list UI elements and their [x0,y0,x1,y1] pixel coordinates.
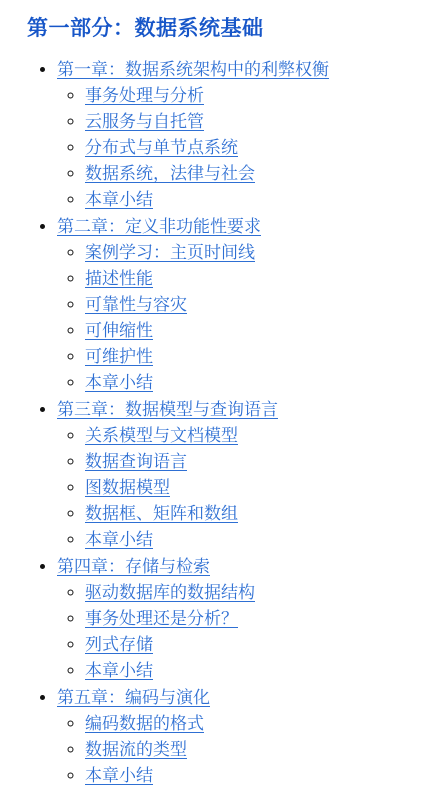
section-item: 案例学习：主页时间线 [85,240,426,266]
section-link[interactable]: 可维护性 [85,347,153,366]
section-link[interactable]: 编码数据的格式 [85,714,204,733]
section-item: 可靠性与容灾 [85,292,426,318]
section-item: 可维护性 [85,344,426,370]
chapter-item: 第五章：编码与演化 编码数据的格式 数据流的类型 本章小结 [57,685,426,789]
section-link[interactable]: 事务处理还是分析？ [85,609,238,628]
section-item: 图数据模型 [85,475,426,501]
chapter-list: 第一章：数据系统架构中的利弊权衡 事务处理与分析 云服务与自托管 分布式与单节点… [27,57,426,789]
section-list: 驱动数据库的数据结构 事务处理还是分析？ 列式存储 本章小结 [57,580,426,684]
section-link[interactable]: 列式存储 [85,635,153,654]
section-item: 数据框、矩阵和数组 [85,501,426,527]
section-item: 可伸缩性 [85,318,426,344]
section-link[interactable]: 数据系统，法律与社会 [85,164,255,183]
section-link[interactable]: 本章小结 [85,190,153,209]
section-link[interactable]: 数据流的类型 [85,740,187,759]
section-list: 关系模型与文档模型 数据查询语言 图数据模型 数据框、矩阵和数组 本章小结 [57,423,426,553]
section-item: 驱动数据库的数据结构 [85,580,426,606]
section-item: 本章小结 [85,370,426,396]
part-title: 第一部分：数据系统基础 [27,17,426,41]
section-item: 编码数据的格式 [85,711,426,737]
section-link[interactable]: 本章小结 [85,530,153,549]
section-item: 关系模型与文档模型 [85,423,426,449]
section-item: 分布式与单节点系统 [85,135,426,161]
section-link[interactable]: 云服务与自托管 [85,112,204,131]
chapter-item: 第四章：存储与检索 驱动数据库的数据结构 事务处理还是分析？ 列式存储 本章小结 [57,554,426,684]
section-link[interactable]: 可伸缩性 [85,321,153,340]
chapter-item: 第三章：数据模型与查询语言 关系模型与文档模型 数据查询语言 图数据模型 数据框… [57,397,426,553]
section-link[interactable]: 数据框、矩阵和数组 [85,504,238,523]
chapter-link[interactable]: 第三章：数据模型与查询语言 [57,400,278,419]
chapter-link[interactable]: 第二章：定义非功能性要求 [57,217,261,236]
chapter-item: 第二章：定义非功能性要求 案例学习：主页时间线 描述性能 可靠性与容灾 可伸缩性… [57,214,426,396]
section-item: 本章小结 [85,658,426,684]
section-item: 云服务与自托管 [85,109,426,135]
section-link[interactable]: 事务处理与分析 [85,86,204,105]
section-link[interactable]: 本章小结 [85,373,153,392]
section-link[interactable]: 数据查询语言 [85,452,187,471]
toc-page: 第一部分：数据系统基础 第一章：数据系统架构中的利弊权衡 事务处理与分析 云服务… [0,0,436,802]
section-link[interactable]: 本章小结 [85,766,153,785]
section-list: 编码数据的格式 数据流的类型 本章小结 [57,711,426,789]
chapter-link[interactable]: 第四章：存储与检索 [57,557,210,576]
section-link[interactable]: 本章小结 [85,661,153,680]
section-item: 事务处理还是分析？ [85,606,426,632]
section-item: 列式存储 [85,632,426,658]
section-item: 数据流的类型 [85,737,426,763]
section-item: 本章小结 [85,763,426,789]
section-item: 描述性能 [85,266,426,292]
section-item: 数据查询语言 [85,449,426,475]
section-link[interactable]: 可靠性与容灾 [85,295,187,314]
section-link[interactable]: 描述性能 [85,269,153,288]
section-list: 事务处理与分析 云服务与自托管 分布式与单节点系统 数据系统，法律与社会 本章小… [57,83,426,213]
section-link[interactable]: 分布式与单节点系统 [85,138,238,157]
section-link[interactable]: 图数据模型 [85,478,170,497]
chapter-item: 第一章：数据系统架构中的利弊权衡 事务处理与分析 云服务与自托管 分布式与单节点… [57,57,426,213]
section-item: 数据系统，法律与社会 [85,161,426,187]
section-link[interactable]: 驱动数据库的数据结构 [85,583,255,602]
section-list: 案例学习：主页时间线 描述性能 可靠性与容灾 可伸缩性 可维护性 本章小结 [57,240,426,396]
section-item: 本章小结 [85,527,426,553]
section-item: 事务处理与分析 [85,83,426,109]
chapter-link[interactable]: 第一章：数据系统架构中的利弊权衡 [57,60,329,79]
section-link[interactable]: 案例学习：主页时间线 [85,243,255,262]
section-link[interactable]: 关系模型与文档模型 [85,426,238,445]
section-item: 本章小结 [85,187,426,213]
chapter-link[interactable]: 第五章：编码与演化 [57,688,210,707]
